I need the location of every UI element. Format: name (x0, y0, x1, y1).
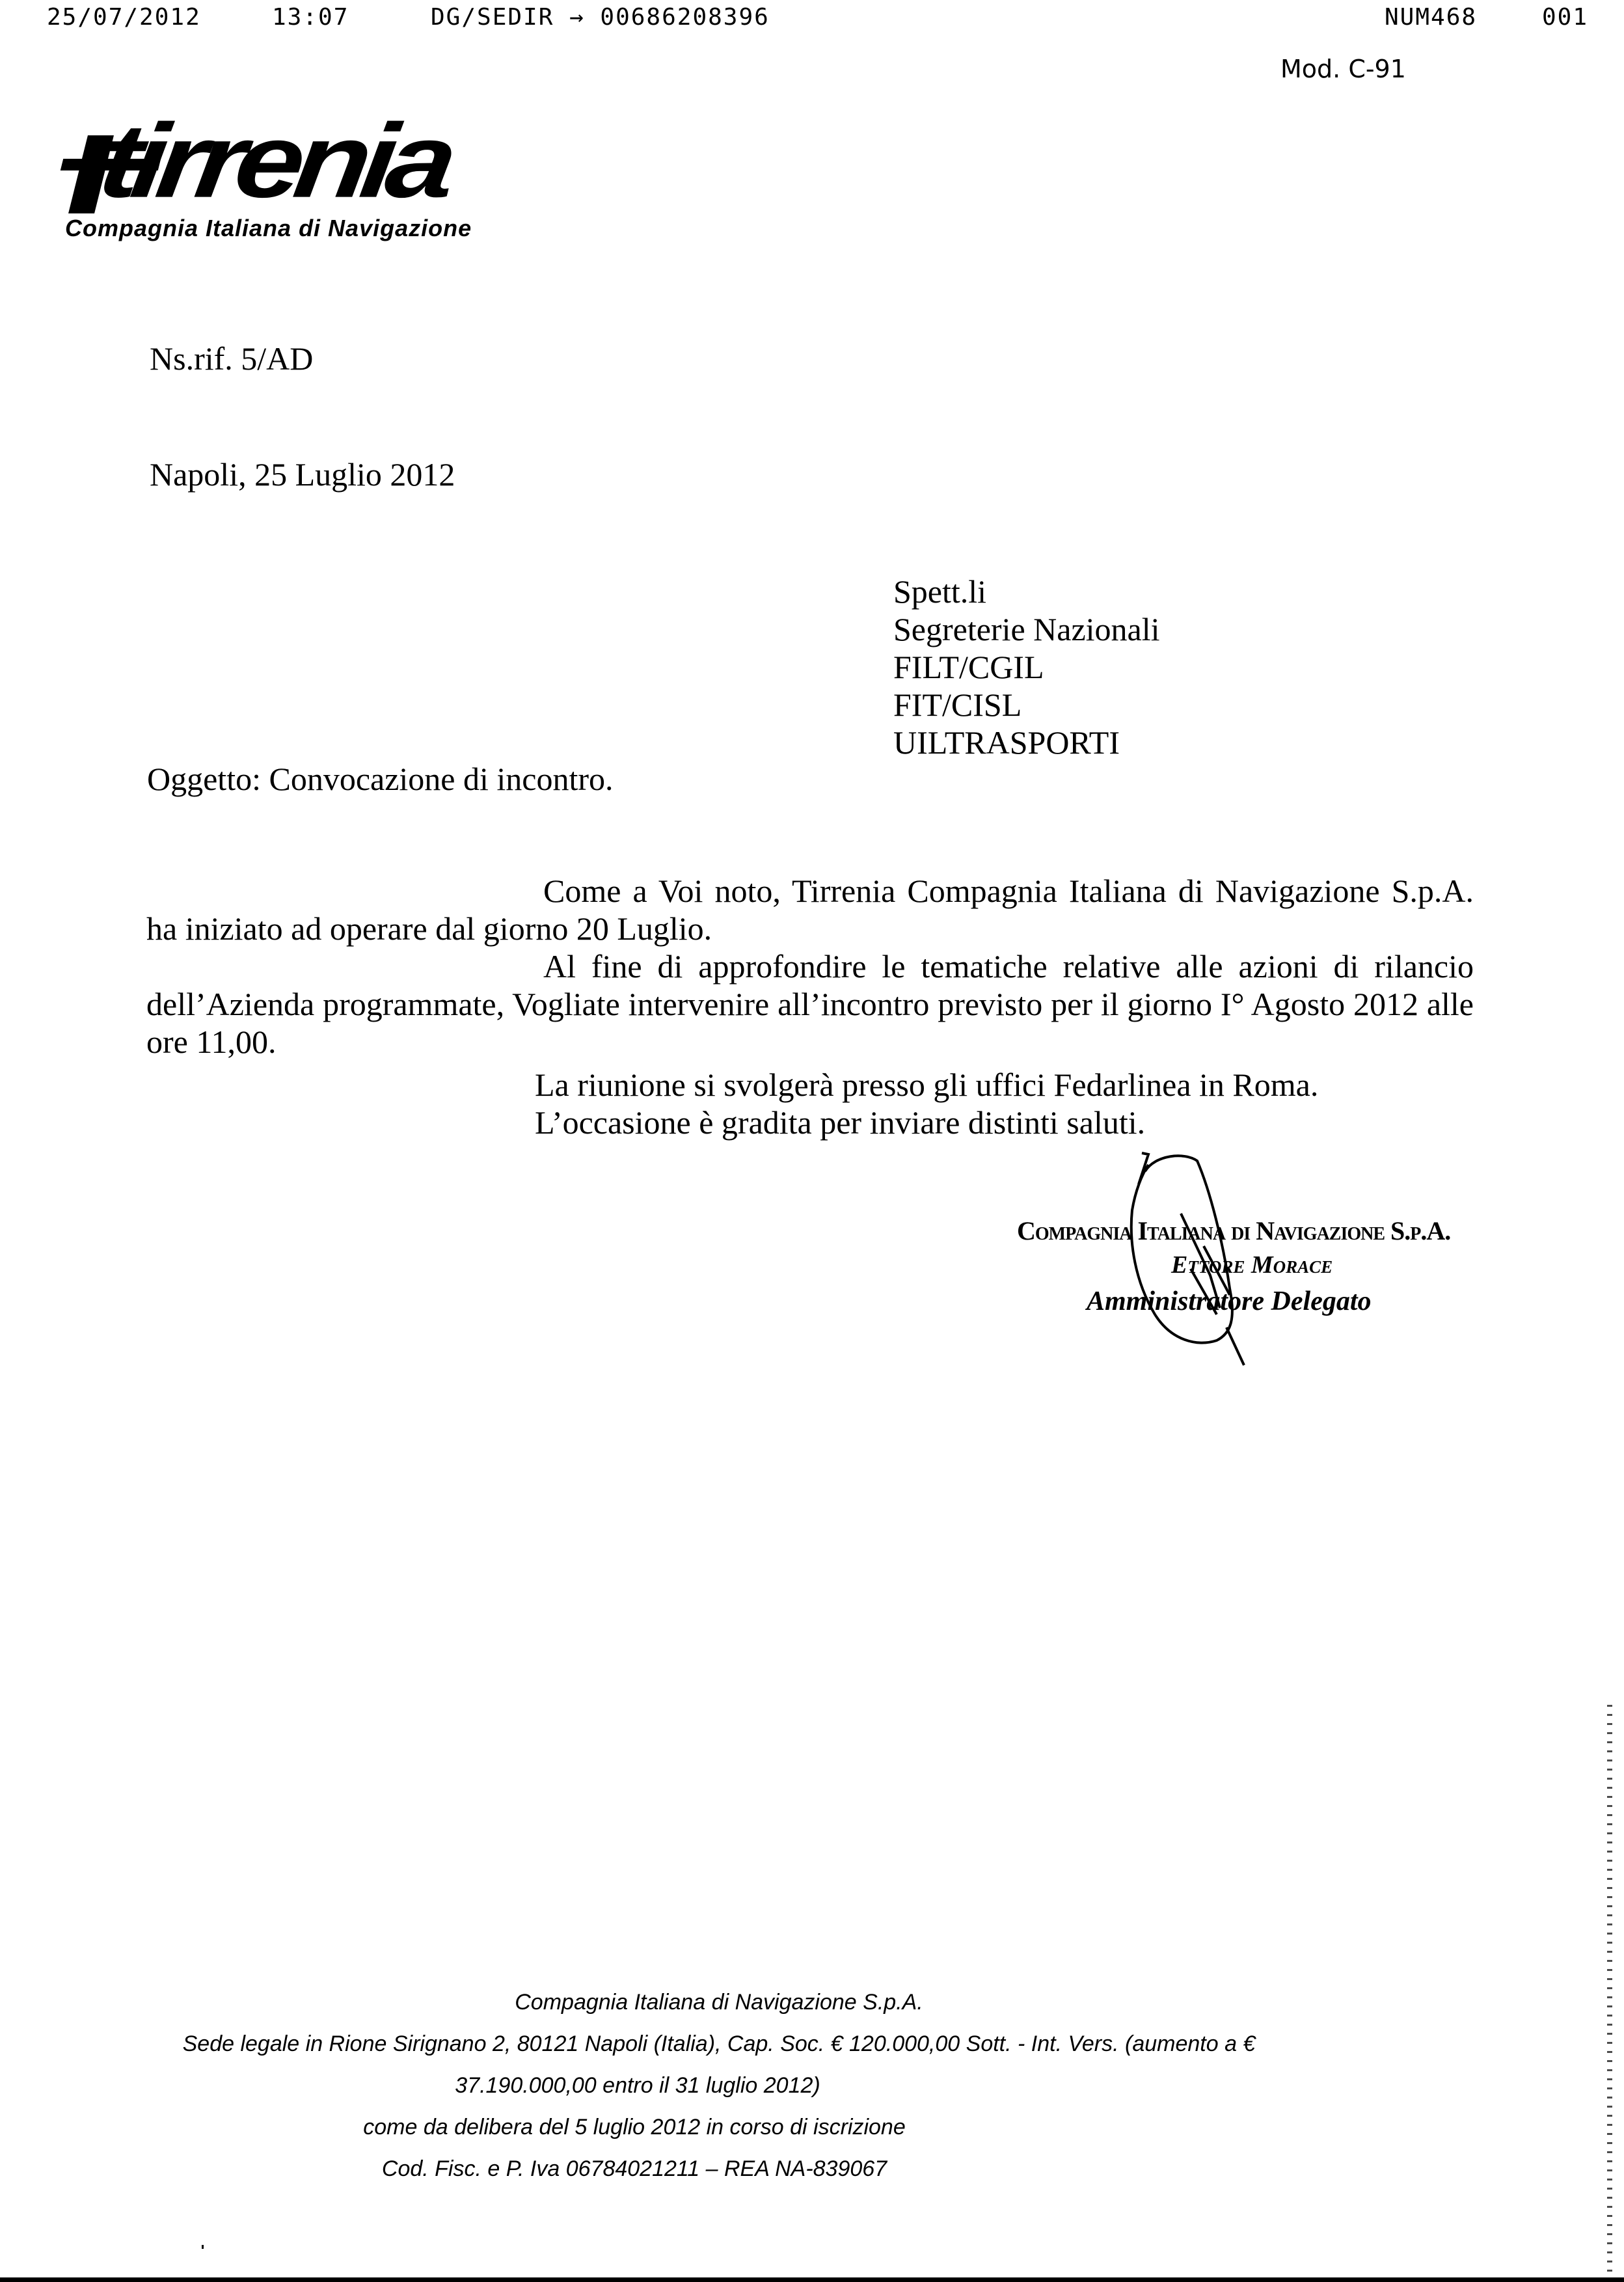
logo-wordmark: tirrenia (92, 101, 455, 221)
scan-dot (202, 2245, 204, 2249)
form-code: Mod. C-91 (1280, 55, 1406, 83)
recipient-line: UILTRASPORTI (893, 724, 1160, 761)
letter-place-date: Napoli, 25 Luglio 2012 (150, 455, 455, 493)
fax-route: DG/SEDIR → 00686208396 (431, 4, 770, 31)
letter-reference: Ns.rif. 5/AD (150, 340, 313, 377)
signature-block: Compagnia Italiana di Navigazione S.p.A.… (1015, 1145, 1470, 1366)
scan-edge-marks (1607, 1705, 1612, 2277)
recipient-block: Spett.li Segreterie Nazionali FILT/CGIL … (893, 573, 1160, 761)
recipient-line: FIT/CISL (893, 686, 1160, 724)
closing-line: L’occasione è gradita per inviare distin… (535, 1102, 1145, 1143)
fax-page-number: 001 (1542, 4, 1588, 31)
company-logo: tirrenia Compagnia Italiana di Navigazio… (59, 103, 592, 246)
paragraph-text: Come a Voi noto, Tirrenia Compagnia Ital… (146, 873, 1474, 947)
body-paragraph: Come a Voi noto, Tirrenia Compagnia Ital… (146, 872, 1474, 947)
footer-line: Compagnia Italiana di Navigazione S.p.A. (0, 1990, 1438, 2015)
fax-job-number: NUM468 (1385, 4, 1477, 31)
recipient-line: FILT/CGIL (893, 648, 1160, 686)
scan-bottom-edge (0, 2277, 1624, 2282)
footer-line: Sede legale in Rione Sirignano 2, 80121 … (0, 2031, 1438, 2057)
logo-tagline: Compagnia Italiana di Navigazione (65, 215, 472, 242)
footer-line: Cod. Fisc. e P. Iva 06784021211 – REA NA… (0, 2156, 1269, 2182)
closing-line: La riunione si svolgerà presso gli uffic… (535, 1065, 1318, 1105)
recipient-line: Segreterie Nazionali (893, 610, 1160, 648)
body-paragraph: Al fine di approfondire le tematiche rel… (146, 947, 1474, 1061)
letter-subject: Oggetto: Convocazione di incontro. (147, 760, 614, 798)
recipient-line: Spett.li (893, 573, 1160, 610)
fax-time: 13:07 (272, 4, 349, 31)
handwritten-signature-icon (1015, 1145, 1470, 1366)
fax-date: 25/07/2012 (47, 4, 201, 31)
footer-line: come da delibera del 5 luglio 2012 in co… (0, 2115, 1269, 2140)
paragraph-text: Al fine di approfondire le tematiche rel… (146, 948, 1474, 1060)
footer-line: 37.190.000,00 entro il 31 luglio 2012) (0, 2073, 1275, 2099)
